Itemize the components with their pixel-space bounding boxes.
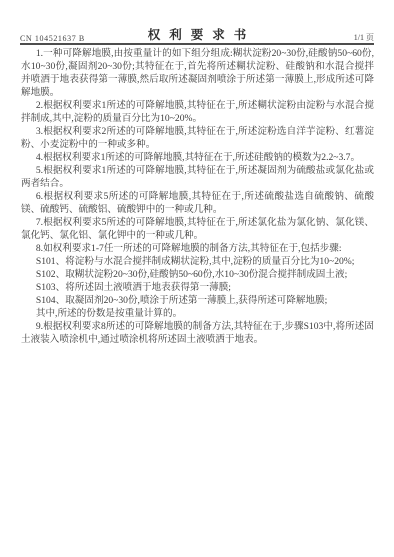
claim-paragraph-9: 9.根据权利要求8所述的可降解地膜的制备方法,其特征在于,步骤S103中,将所述…	[21, 320, 374, 346]
claim-step-s104: S104、取凝固剂20~30份,喷涂于所述第一薄膜上,获得所述可降解地膜;	[21, 294, 374, 307]
claim-step-note: 其中,所述的份数是按重量计算的。	[21, 307, 374, 320]
claim-paragraph-3: 3.根据权利要求2所述的可降解地膜,其特征在于,所述淀粉选自洋芋淀粉、红薯淀粉、…	[21, 125, 374, 151]
claim-paragraph-1: 1.一种可降解地膜,由按重量计的如下组分组成:糊状淀粉20~30份,硅酸钠50~…	[21, 47, 374, 99]
claims-section: 1.一种可降解地膜,由按重量计的如下组分组成:糊状淀粉20~30份,硅酸钠50~…	[21, 47, 374, 346]
publication-number: CN 104521637 B	[20, 34, 138, 43]
claim-paragraph-8: 8.如权利要求1-7任一所述的可降解地膜的制备方法,其特征在于,包括步骤:	[21, 242, 374, 255]
claim-paragraph-7: 7.根据权利要求5所述的可降解地膜,其特征在于,所述氯化盐为氯化钠、氯化镁、氯化…	[21, 216, 374, 242]
header-divider	[20, 43, 374, 45]
claim-step-s101: S101、将淀粉与水混合搅拌制成糊状淀粉,其中,淀粉的质量百分比为10~20%;	[21, 255, 374, 268]
page-number: 1/1 页	[256, 32, 374, 43]
claim-paragraph-2: 2.根据权利要求1所述的可降解地膜,其特征在于,所述糊状淀粉由淀粉与水混合搅拌制…	[21, 99, 374, 125]
claim-paragraph-4: 4.根据权利要求1所述的可降解地膜,其特征在于,所述硅酸钠的模数为2.2~3.7…	[21, 151, 374, 164]
page-title: 权利要求书	[138, 25, 256, 43]
claim-paragraph-5: 5.根据权利要求1所述的可降解地膜,其特征在于,所述凝固剂为硫酸盐或氯化盐或两者…	[21, 164, 374, 190]
patent-claims-page: CN 104521637 B 权利要求书 1/1 页 1.一种可降解地膜,由按重…	[0, 0, 394, 557]
claim-paragraph-6: 6.根据权利要求5所述的可降解地膜,其特征在于,所述硫酸盐选自硫酸钠、硫酸镁、硫…	[21, 190, 374, 216]
page-header: CN 104521637 B 权利要求书 1/1 页	[20, 27, 374, 43]
claim-step-s102: S102、取糊状淀粉20~30份,硅酸钠50~60份,水10~30份混合搅拌制成…	[21, 268, 374, 281]
claim-step-s103: S103、将所述固土液喷洒于地表获得第一薄膜;	[21, 281, 374, 294]
